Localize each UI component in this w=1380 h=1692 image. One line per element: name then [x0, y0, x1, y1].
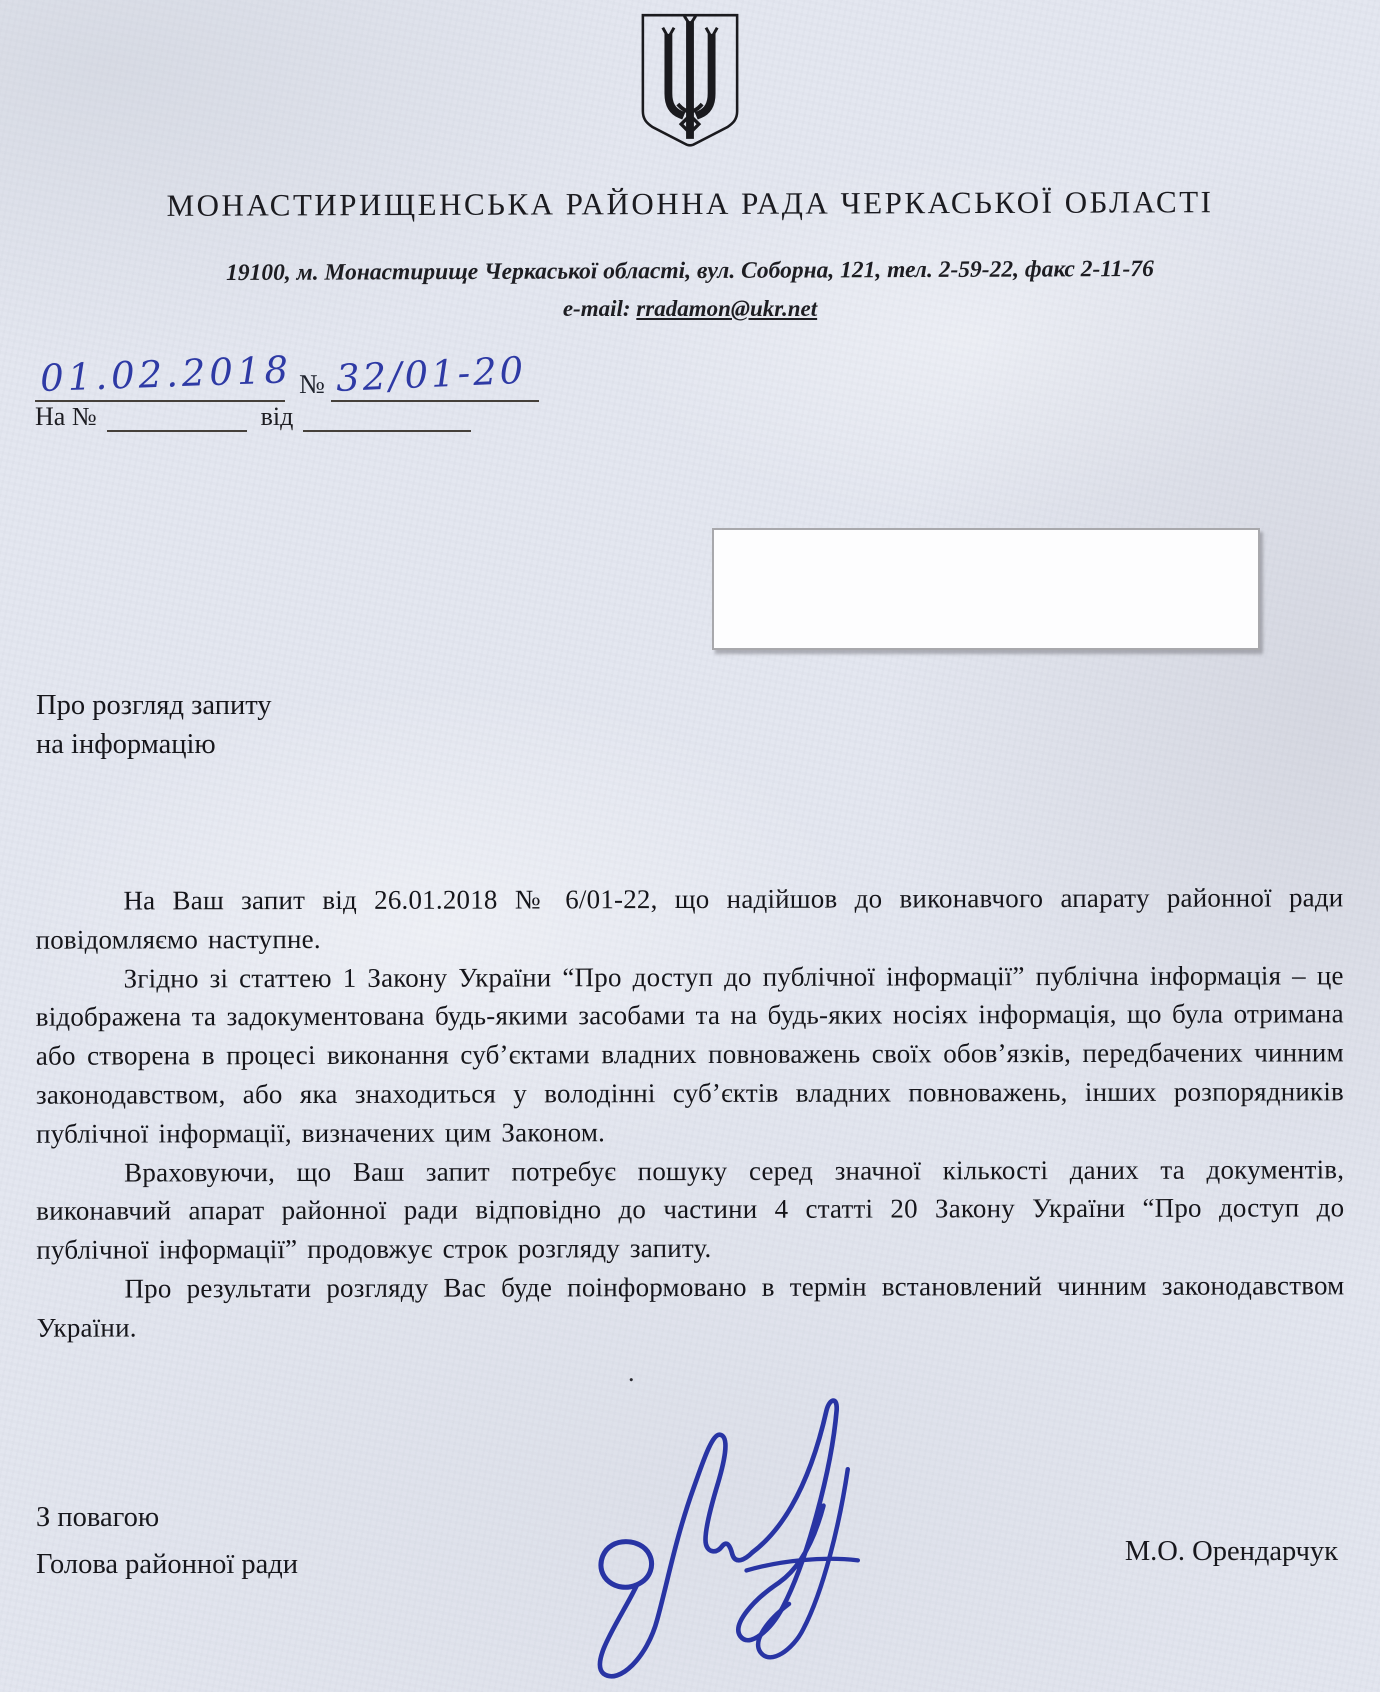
address-line: 19100, м. Монастирище Черкаської області…: [0, 255, 1380, 288]
body-paragraph: Враховуючи, що Ваш запит потребує пошуку…: [36, 1150, 1344, 1270]
handwritten-outgoing-number: 32/01-20: [335, 349, 527, 400]
body-paragraph: На Ваш запит від 26.01.2018 № 6/01-22, щ…: [35, 878, 1343, 959]
subject-line-2: на інформацію: [36, 725, 272, 764]
email-value: rradamon@ukr.net: [636, 296, 817, 321]
body-paragraph: Про результати розгляду Вас буде поінфор…: [36, 1266, 1344, 1347]
subject-line-1: Про розгляд запиту: [36, 686, 272, 725]
letter-body: На Ваш запит від 26.01.2018 № 6/01-22, щ…: [35, 878, 1344, 1347]
incoming-date-blank-line: [303, 404, 471, 432]
signer-name: М.О. Орендарчук: [1125, 1536, 1338, 1568]
redacted-recipient-box: [712, 528, 1260, 650]
outgoing-date-blank-line: 01.02.2018: [35, 352, 285, 402]
subject-block: Про розгляд запиту на інформацію: [36, 686, 272, 764]
tryzub-emblem: [636, 10, 744, 150]
email-label: e-mail:: [563, 296, 636, 321]
salutation: З повагою: [36, 1494, 298, 1541]
incoming-number-blank-line: [107, 404, 247, 432]
closing-block: З повагою Голова районної ради: [36, 1494, 298, 1588]
incoming-from-label: від: [261, 402, 294, 431]
signer-title: Голова районної ради: [36, 1541, 298, 1588]
scanned-letter-page: МОНАСТИРИЩЕНСЬКА РАЙОННА РАДА ЧЕРКАСЬКОЇ…: [0, 0, 1380, 1692]
handwritten-signature-ink: [548, 1376, 870, 1690]
outgoing-number-blank-line: 32/01-20: [331, 352, 539, 402]
org-name: МОНАСТИРИЩЕНСЬКА РАЙОННА РАДА ЧЕРКАСЬКОЇ…: [0, 184, 1380, 225]
handwritten-outgoing-date: 01.02.2018: [39, 348, 292, 400]
number-sign: №: [299, 369, 325, 402]
body-paragraph: Згідно зі статтею 1 Закону України “Про …: [36, 956, 1345, 1153]
reference-line-incoming: На №від: [35, 402, 471, 432]
incoming-number-label: На №: [35, 402, 97, 431]
email-line: e-mail: rradamon@ukr.net: [0, 296, 1380, 322]
reference-line-outgoing: 01.02.2018№32/01-20: [35, 352, 539, 404]
